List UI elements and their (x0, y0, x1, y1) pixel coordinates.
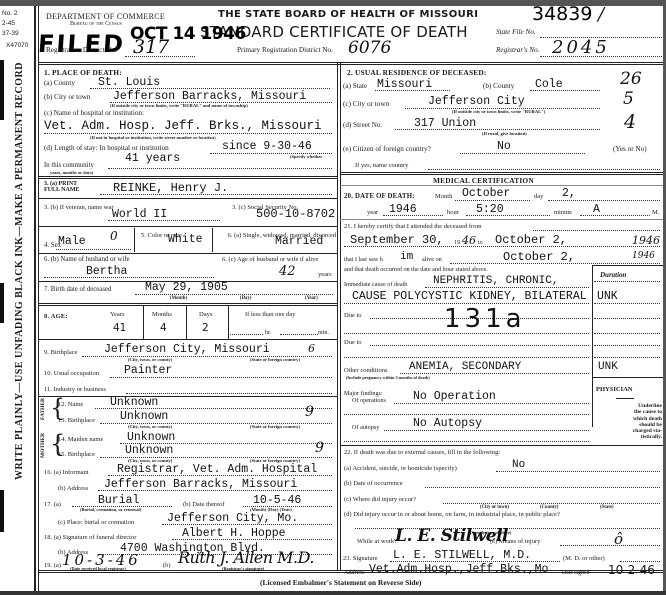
dotted-line (100, 194, 332, 195)
divider (134, 228, 135, 252)
scan-border-bottom (0, 591, 666, 595)
race: White (168, 234, 203, 246)
immediate-cause: NEPHRITIS, CHRONIC, (433, 276, 558, 287)
residence-code: 26 (620, 69, 642, 89)
dotted-line (620, 561, 660, 562)
birth-date: May 29, 1905 (145, 282, 228, 294)
citizen-options: (Yes or No) (613, 146, 647, 153)
while-work-label: While at work? (357, 539, 397, 546)
dotted-line (344, 357, 589, 358)
accident-value: No (512, 460, 525, 471)
dotted-line (594, 333, 660, 334)
bureau: Bureau of the Census (70, 21, 122, 27)
minute-label: minute (554, 210, 572, 217)
father-name-label: 12. Name (58, 402, 83, 409)
dotted-line (172, 539, 332, 540)
margin-mark (0, 283, 4, 323)
due-to-label: Due to (344, 313, 362, 320)
received-note: (Date received local registrar) (70, 567, 126, 571)
divider (228, 306, 229, 339)
death-county: St. Louis (98, 77, 160, 89)
dotted-line (44, 277, 214, 278)
residence-city-note: (If outside city or town limits, write "… (452, 110, 545, 115)
dotted-line (443, 503, 660, 504)
divider (340, 445, 663, 446)
section-divider (38, 303, 337, 306)
age-days: 2 (202, 322, 209, 334)
dotted-line (56, 249, 131, 250)
immediate-cause-continued: CAUSE POLYCYSTIC KIDNEY, BILATERAL (352, 291, 587, 303)
residence-county: Cole (535, 79, 563, 91)
where-col-state: (State) (600, 506, 614, 511)
dotted-line (162, 524, 332, 525)
md-label: (M. D. or other) (563, 556, 605, 563)
city-note: (If outside city or town limits, write "… (110, 104, 248, 109)
divider (38, 198, 337, 199)
director-label: 18. (a) Signature of funeral director (44, 535, 136, 542)
mother-maiden-name: Unknown (127, 432, 175, 444)
hospital-label: (c) Name of hospital or institution: (44, 110, 144, 117)
death-meridiem: A (593, 204, 600, 216)
occurrence-label: (b) Date of occurrence (344, 481, 403, 488)
disposal: Burial (98, 495, 139, 507)
address-label: Address (344, 570, 365, 577)
immediate-cause-label: Immediate cause of death (344, 282, 407, 288)
form-border-left (34, 6, 36, 591)
veteran-war: World II (112, 209, 167, 221)
disposal-note: (Burial, cremation, or removal) (80, 508, 141, 513)
physician-label: PHYSICIAN (596, 386, 632, 393)
informant-label: 16. (a) Informant (44, 470, 89, 477)
residence-heading: 2. USUAL RESIDENCE OF DECEASED: (347, 68, 487, 77)
residence-state-label: (a) State (343, 83, 367, 90)
dotted-line (280, 334, 318, 335)
age-col-days: Days (199, 312, 212, 319)
other-conditions: ANEMIA, SECONDARY (409, 362, 521, 373)
divider (592, 265, 663, 266)
citizen-label: (e) Citizen of foreign country? (343, 146, 431, 153)
residence-city: Jefferson City (428, 96, 525, 108)
dotted-line (126, 393, 332, 394)
dotted-line (230, 334, 263, 335)
decedent-name: REINKE, Henry J. (113, 182, 228, 194)
dotted-line (560, 545, 660, 546)
mother-side-label: MOTHER (40, 433, 46, 458)
hospital-note: (If not in hospital or institution, writ… (90, 136, 216, 141)
date-signed-label: Date signed (562, 571, 590, 577)
dotted-line (594, 303, 660, 304)
residence-code: 4 (624, 111, 636, 133)
dotted-line (496, 471, 660, 472)
primary-district-no: 6076 (348, 38, 391, 58)
date-signed: 10-2-46 (608, 563, 655, 577)
community-label: In this community (44, 163, 94, 170)
residence-state: Missouri (377, 79, 432, 91)
industry-label: 11. Industry or business (44, 387, 106, 394)
spouse-age-label: 6. (c) Age of husband or wife if alive (222, 257, 318, 264)
dotted-line (594, 281, 660, 282)
immediate-duration: UNK (597, 291, 618, 303)
column-divider-inner (340, 62, 341, 570)
place-note-city: (City, town, or county) (128, 425, 172, 430)
birth-col-month: (Month) (170, 297, 187, 302)
divider (340, 219, 663, 220)
place-type-label: (d) Did injury occur in or about home, o… (344, 512, 560, 519)
physician-signature-handwritten: L. E. Stilwell (395, 526, 508, 546)
spouse-label: 6. (b) Name of husband or wife (44, 257, 130, 264)
board-name: THE STATE BOARD OF HEALTH OF MISSOURI (218, 9, 478, 20)
death-hospital: Vet. Adm. Hosp. Jeff. Brks., Missouri (44, 120, 322, 133)
informant-address: Jefferson Barracks, Missouri (104, 479, 297, 491)
father-side-label: FATHER (40, 398, 46, 420)
age-months: 4 (160, 322, 167, 334)
section-divider (340, 172, 663, 175)
registrar-signature-note: (Registrar's signature) (222, 567, 264, 571)
divider (38, 226, 337, 227)
place-note-state: (State or foreign country) (250, 425, 300, 430)
check-mark: / (598, 4, 604, 25)
form-border-left-inner (38, 6, 39, 591)
alive-on-label: alive on (422, 257, 442, 263)
form-code: X47070 (6, 41, 28, 50)
physician-note-line: tistically. (596, 434, 662, 440)
informant-address-label: (b) Address (58, 486, 88, 493)
handwritten-mark: ô (614, 530, 623, 548)
street-note: (If rural, give location) (482, 132, 527, 137)
burial-place: Jefferson City, Mo. (167, 513, 298, 525)
footer-note: (Licensed Embalmer's Statement on Revers… (260, 578, 421, 587)
death-city: Jefferson Barracks, Missouri (113, 91, 306, 103)
community-note: years, months or days) (50, 171, 93, 176)
dotted-line (108, 220, 220, 221)
physician-note: Underline the cause to which death shoul… (596, 403, 662, 441)
dotted-line (594, 318, 660, 319)
dotted-line (400, 373, 589, 374)
death-month: October (462, 188, 510, 200)
received-label: 19. (a) (44, 563, 61, 570)
dotted-line (455, 200, 530, 201)
registration-district-label: Registration District No. (46, 47, 117, 54)
country-label: If yes, name country (355, 163, 408, 170)
state-file-no: 34839 (532, 3, 592, 25)
dotted-line (594, 357, 660, 358)
disposal-label: 17. (a) (44, 502, 61, 509)
stay-note: (Specify whether (290, 155, 322, 160)
margin-mark (0, 490, 4, 532)
dotted-line (384, 430, 589, 431)
autopsy-label: Of autopsy (352, 425, 379, 431)
divider (340, 185, 663, 186)
month-label: Month (435, 194, 452, 201)
citizen-value: No (497, 141, 511, 153)
dotted-line (428, 169, 660, 170)
county-label: (a) County (44, 80, 75, 87)
dotted-line (110, 377, 332, 378)
place-note-city: (City, town, or county) (128, 358, 172, 363)
attended-to: October 2, (495, 234, 567, 246)
registrar-signature: Ruth J. Allen M.D. (178, 548, 314, 567)
death-day: 2, (562, 188, 576, 200)
divider (212, 228, 213, 252)
residence-street: 317 Union (414, 118, 476, 130)
father-name: Unknown (110, 397, 158, 409)
other-note: (Include pregnancy within 3 months of de… (346, 376, 430, 380)
m-label: M. (652, 210, 659, 217)
age-col-less-day: If less than one day (245, 312, 296, 319)
attended-from: September 30, (350, 234, 444, 246)
divider (38, 253, 337, 254)
birth-date-label: 7. Birth date of deceased (44, 287, 111, 294)
ssn: 500-10-8702 (256, 208, 335, 220)
disposal-date: 10-5-46 (253, 495, 301, 507)
due-to-label: Due to (344, 340, 362, 347)
age-col-months: Months (152, 312, 172, 319)
other-duration: UNK (598, 362, 618, 373)
dotted-line (533, 230, 660, 231)
dotted-line (425, 287, 589, 288)
dotted-line (548, 200, 660, 201)
residence-code: 5 (623, 89, 634, 109)
dotted-line (394, 403, 589, 404)
age-min-label: min. (318, 330, 329, 336)
registrar-label: Registrar's No. (496, 47, 539, 54)
form-code: 2-45 (2, 19, 15, 28)
last-saw-label: that I last saw h (344, 257, 383, 263)
medical-heading: MEDICAL CERTIFICATION (433, 176, 534, 185)
death-hour: 5:20 (476, 204, 504, 216)
registrar-no: 2045 (552, 37, 610, 58)
external-causes-label: 22. If death was due to external causes,… (344, 450, 500, 457)
informant: Registrar, Vet. Adm. Hospital (117, 464, 317, 476)
day-label: day (534, 194, 543, 201)
death-year: 1946 (389, 204, 417, 216)
accident-label: (a) Accident, suicide, or homicide (spec… (344, 466, 457, 473)
other-conditions-label: Other conditions (344, 368, 388, 375)
dotted-line (594, 345, 660, 346)
divider (186, 306, 187, 339)
dotted-line (460, 153, 585, 154)
age-years: 41 (113, 322, 126, 334)
community-duration: 41 years (125, 153, 180, 165)
dotted-line (344, 441, 589, 442)
last-saw-date: October 2, (503, 251, 575, 263)
spouse-age: 42 (279, 264, 296, 279)
stated-text: and that death occurred on the date and … (344, 267, 488, 273)
mother-birth-label: 15. Birthplace (58, 452, 95, 459)
disposal-date-label: (b) Date thereof (183, 502, 225, 509)
dotted-line (95, 408, 332, 409)
signature-label: 23. Signature (343, 556, 378, 563)
dotted-line (390, 561, 560, 562)
physician-signature: L. E. STILWELL, M.D. (393, 550, 531, 562)
hour-label: hour (447, 210, 459, 217)
spouse-name: Bertha (86, 266, 127, 278)
mother-name-label: 14. Maiden name (58, 437, 103, 444)
year-label: year (367, 210, 378, 217)
last-saw-year: 1946 (632, 251, 655, 261)
dotted-line (370, 345, 589, 346)
sex-code: 0 (110, 229, 118, 243)
header-divider (38, 62, 663, 65)
section-divider (38, 176, 337, 179)
occupation: Painter (124, 365, 172, 377)
dotted-line (344, 246, 660, 247)
death-date-label: 20. DATE OF DEATH: (344, 193, 415, 200)
divider (616, 398, 634, 399)
full-name-label: 3. (a) PRINT FULL NAME (44, 181, 84, 193)
birthplace-label: 9. Birthplace (44, 350, 78, 357)
registration-district-no: 317 (133, 36, 169, 58)
form-code: No. 2 (2, 9, 18, 18)
residence-county-label: (b) County (483, 83, 514, 90)
residence-city-label: (c) City or town (343, 101, 389, 108)
birthplace: Jefferson City, Missouri (104, 344, 270, 356)
dotted-line (383, 215, 443, 216)
divider (143, 306, 144, 339)
dotted-line (344, 414, 589, 415)
divider (38, 396, 337, 397)
operations-findings: No Operation (413, 391, 496, 403)
dotted-line (108, 168, 332, 169)
dotted-line (450, 263, 660, 264)
handwritten-cause-code: 131a (444, 304, 526, 334)
father-birth-label: 13. Birthplace (58, 418, 95, 425)
left-margin: No. 2 2-45 37-39 X47070 WRITE PLAINLY—US… (0, 0, 34, 595)
age-label: 8. AGE: (44, 313, 68, 320)
primary-district-label: Primary Registration District No. (237, 47, 333, 54)
age-hr-label: hr. (265, 330, 271, 336)
dotted-line (135, 294, 333, 295)
dotted-line (108, 475, 332, 476)
spouse-age-unit: years (318, 272, 332, 279)
street-label: (d) Street No. (343, 122, 382, 129)
burial-place-label: (c) Place: burial or cremation (58, 520, 134, 527)
write-plainly-instruction: WRITE PLAINLY—USE UNFADING BLACK INK—MAK… (14, 60, 25, 480)
age-col-years: Years (110, 312, 125, 319)
stay-length: since 9-30-46 (222, 141, 312, 153)
divider (38, 339, 337, 340)
last-saw-pronoun: im (400, 252, 413, 263)
dotted-line (425, 487, 660, 488)
registrar-signature-label: (b) (163, 563, 171, 570)
dotted-line (466, 215, 550, 216)
mother-birthplace: Unknown (125, 445, 173, 457)
dotted-line (98, 490, 332, 491)
form-code: 37-39 (2, 29, 19, 38)
marital-status: Married (275, 236, 323, 248)
city-label: (b) City or town (44, 94, 91, 101)
dotted-line (530, 90, 600, 91)
column-divider (337, 62, 338, 570)
duration-label: Duration (600, 272, 626, 279)
operations-label: Of operations (352, 398, 386, 404)
dotted-line (44, 133, 332, 134)
dotted-line (580, 215, 650, 216)
place-note-state: (State or foreign country) (250, 358, 300, 363)
birth-col-day: (Day) (240, 297, 251, 302)
physician-address: Vet.Adm.Hosp.,Jeff.Bks.,Mo (369, 564, 548, 576)
margin-mark (0, 60, 4, 120)
funeral-director: Albert H. Hoppe (182, 528, 286, 540)
duration-column-divider (592, 265, 593, 427)
father-code: 9 (305, 404, 314, 420)
autopsy-findings: No Autopsy (413, 418, 482, 430)
occupation-label: 10. Usual occupation (44, 371, 99, 378)
birth-col-year: (Year) (305, 297, 318, 302)
mother-code: 9 (315, 440, 324, 456)
dotted-line (375, 90, 450, 91)
state-file-label: State File No. (496, 29, 536, 36)
department: DEPARTMENT OF COMMERCE (46, 12, 165, 21)
birthplace-code: 6 (308, 342, 315, 355)
divider (592, 377, 663, 378)
where-label: (c) Where did injury occur? (344, 497, 416, 504)
dotted-line (395, 129, 600, 130)
dotted-line (344, 333, 589, 334)
sex: Male (58, 236, 86, 248)
certify-text: 21. I hereby certify that I attended the… (344, 224, 482, 231)
father-birthplace: Unknown (120, 411, 168, 423)
